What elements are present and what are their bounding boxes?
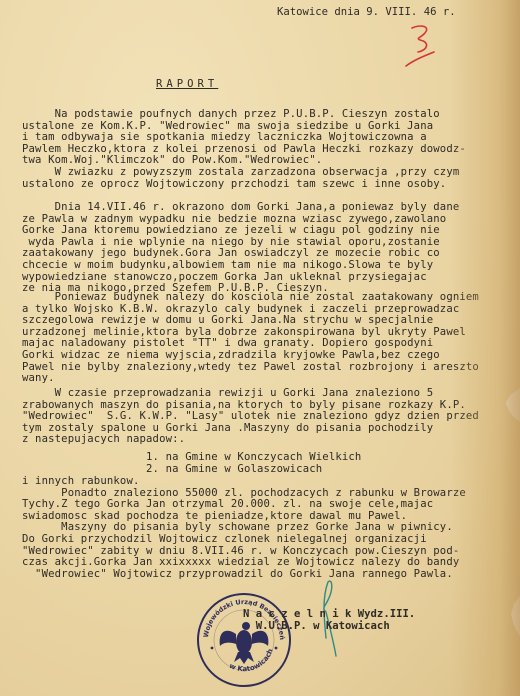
text-line: Gorki widzac ze niema wyjscia,zdradzila … [22, 350, 479, 362]
text-line: Dnia 14.VII.46 r. okrazono dom Gorki Jan… [22, 202, 459, 214]
text-line: ustalono ze oprocz Wojtowiczony przchodz… [22, 179, 466, 191]
text-line: W zwiazku z powyzszym zostala zarzadzona… [22, 167, 466, 179]
text-line: W.U.B.P. w Katowicach [243, 620, 415, 632]
text-line: N a c z e l n i k Wydz.III. [243, 608, 415, 620]
text-line: Poniewaz budynek nalezy do kosciola nie … [22, 292, 479, 304]
signature-block: N a c z e l n i k Wydz.III. W.U.B.P. w K… [243, 608, 415, 631]
text-line: "Wedrowiec" Wojtowicz przyprowadzil do G… [22, 569, 466, 581]
text-line: 2. na Gmine w Golaszowicach [22, 464, 361, 476]
text-line: 1. na Gmine w Konczycach Wielkich [22, 452, 361, 464]
robbery-list: 1. na Gmine w Konczycach Wielkich 2. na … [22, 452, 361, 475]
place-date: Katowice dnia 9. VIII. 46 r. [277, 6, 456, 18]
paragraph-5: i innych rabunkow. Ponadto znaleziono 55… [22, 476, 466, 580]
text-line: Do Gorki przychodzil Wojtowicz czlonek n… [22, 534, 466, 546]
paragraph-3: Poniewaz budynek nalezy do kosciola nie … [22, 292, 479, 385]
text-line: wany. [22, 373, 479, 385]
text-line: czas akcji.Gorka Jan xxixxxxx wiedzial z… [22, 557, 466, 569]
text-line: W czasie przeprowadzania rewizji u Gorki… [22, 388, 479, 400]
text-line: i innych rabunkow. [22, 476, 466, 488]
paragraph-1: Na podstawie poufnych danych przez P.U.B… [22, 109, 466, 190]
paragraph-2: Dnia 14.VII.46 r. okrazono dom Gorki Jan… [22, 202, 459, 295]
torn-edge [510, 596, 520, 636]
official-stamp: Wojewódzki Urząd Bezpieczeństwa Publiczn… [194, 590, 294, 690]
text-line: chcecie w moim budynku,albowiem tam nie … [22, 260, 459, 272]
torn-edge [504, 388, 520, 422]
text-line: Na podstawie poufnych danych przez P.U.B… [22, 109, 466, 121]
text-line: z nastepujacych napadow:. [22, 434, 479, 446]
text-line: Pawel nie bylby znaleziony,wtedy tez Paw… [22, 362, 479, 374]
handwritten-page-number [398, 22, 438, 72]
document-page: Katowice dnia 9. VIII. 46 r. RAPORT Na p… [0, 0, 520, 696]
paragraph-4: W czasie przeprowadzania rewizji u Gorki… [22, 388, 479, 446]
document-title: RAPORT [156, 78, 218, 90]
